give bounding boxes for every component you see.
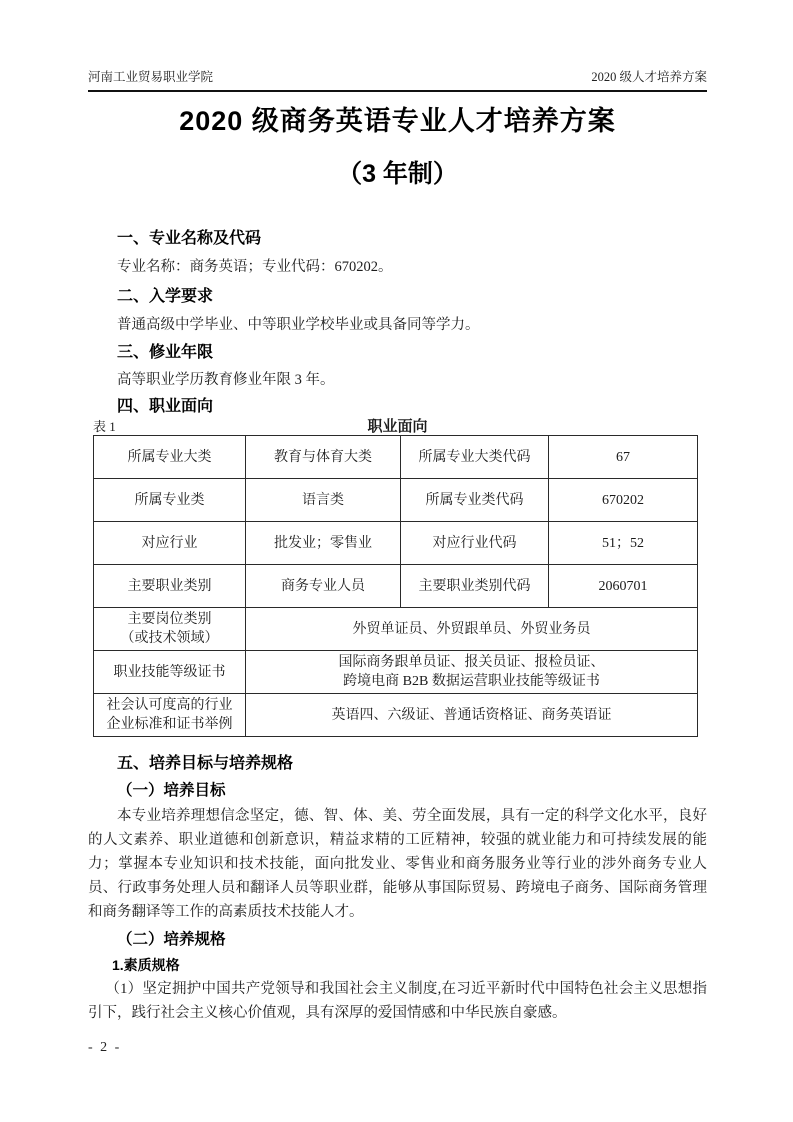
value-cell: 2060701 bbox=[549, 565, 698, 608]
doc-subtitle: （3 年制） bbox=[88, 158, 707, 190]
section-5-sub2-heading: （二）培养规格 bbox=[117, 929, 707, 951]
value-cell: 语言类 bbox=[246, 479, 401, 522]
label-cell: 所属专业类代码 bbox=[401, 479, 549, 522]
label-cell: 主要职业类别代码 bbox=[401, 565, 549, 608]
label-cell: 对应行业 bbox=[94, 522, 246, 565]
value-cell: 英语四、六级证、普通话资格证、商务英语证 bbox=[246, 694, 698, 737]
section-2-body: 普通高级中学毕业、中等职业学校毕业或具备同等学力。 bbox=[88, 314, 707, 336]
section-2-heading: 二、入学要求 bbox=[117, 286, 707, 308]
section-5-heading: 五、培养目标与培养规格 bbox=[117, 753, 707, 775]
section-1-body: 专业名称：商务英语；专业代码：670202。 bbox=[88, 256, 707, 278]
table-row: 所属专业大类 教育与体育大类 所属专业大类代码 67 bbox=[94, 436, 698, 479]
table-caption-title: 职业面向 bbox=[367, 418, 427, 435]
page-number: - 2 - bbox=[88, 1039, 707, 1057]
value-cell: 外贸单证员、外贸跟单员、外贸业务员 bbox=[246, 608, 698, 651]
label-cell: 社会认可度高的行业 企业标准和证书举例 bbox=[94, 694, 246, 737]
section-4-heading: 四、职业面向 bbox=[117, 396, 707, 418]
section-3-body: 高等职业学历教育修业年限 3 年。 bbox=[88, 369, 707, 391]
table-caption-label: 表 1 bbox=[93, 419, 116, 434]
training-objective-paragraph: 本专业培养理想信念坚定，德、智、体、美、劳全面发展，具有一定的科学文化水平，良好… bbox=[88, 804, 707, 924]
label-cell: 所属专业类 bbox=[94, 479, 246, 522]
table-row: 社会认可度高的行业 企业标准和证书举例 英语四、六级证、普通话资格证、商务英语证 bbox=[94, 694, 698, 737]
value-cell: 国际商务跟单员证、报关员证、报检员证、 跨境电商 B2B 数据运营职业技能等级证… bbox=[246, 651, 698, 694]
page-header: 河南工业贸易职业学院 2020 级人才培养方案 bbox=[88, 68, 707, 86]
label-cell: 主要岗位类别 （或技术领域） bbox=[94, 608, 246, 651]
header-doc-name: 2020 级人才培养方案 bbox=[591, 68, 707, 86]
value-cell: 批发业；零售业 bbox=[246, 522, 401, 565]
table-row: 主要职业类别 商务专业人员 主要职业类别代码 2060701 bbox=[94, 565, 698, 608]
value-cell: 教育与体育大类 bbox=[246, 436, 401, 479]
section-5-sub1-heading: （一）培养目标 bbox=[117, 780, 707, 802]
document-page: 河南工业贸易职业学院 2020 级人才培养方案 2020 级商务英语专业人才培养… bbox=[0, 0, 793, 1122]
label-cell: 所属专业大类代码 bbox=[401, 436, 549, 479]
value-cell: 67 bbox=[549, 436, 698, 479]
table-row: 对应行业 批发业；零售业 对应行业代码 51；52 bbox=[94, 522, 698, 565]
label-cell: 主要职业类别 bbox=[94, 565, 246, 608]
label-cell: 所属专业大类 bbox=[94, 436, 246, 479]
table-caption: 表 1 职业面向 bbox=[88, 418, 707, 435]
value-cell: 商务专业人员 bbox=[246, 565, 401, 608]
page-content: 河南工业贸易职业学院 2020 级人才培养方案 2020 级商务英语专业人才培养… bbox=[88, 0, 707, 1057]
value-cell: 670202 bbox=[549, 479, 698, 522]
doc-title: 2020 级商务英语专业人才培养方案 bbox=[88, 104, 707, 138]
value-cell: 51；52 bbox=[549, 522, 698, 565]
label-cell: 职业技能等级证书 bbox=[94, 651, 246, 694]
table-row: 职业技能等级证书 国际商务跟单员证、报关员证、报检员证、 跨境电商 B2B 数据… bbox=[94, 651, 698, 694]
quality-spec-heading: 1.素质规格 bbox=[112, 955, 707, 975]
section-1-heading: 一、专业名称及代码 bbox=[117, 228, 707, 250]
label-cell: 对应行业代码 bbox=[401, 522, 549, 565]
table-row: 所属专业类 语言类 所属专业类代码 670202 bbox=[94, 479, 698, 522]
section-3-heading: 三、修业年限 bbox=[117, 342, 707, 364]
job-orientation-table: 所属专业大类 教育与体育大类 所属专业大类代码 67 所属专业类 语言类 所属专… bbox=[93, 435, 698, 737]
table-row: 主要岗位类别 （或技术领域） 外贸单证员、外贸跟单员、外贸业务员 bbox=[94, 608, 698, 651]
header-school-name: 河南工业贸易职业学院 bbox=[88, 68, 213, 86]
header-rule bbox=[88, 90, 707, 92]
quality-spec-paragraph: （1）坚定拥护中国共产党领导和我国社会主义制度,在习近平新时代中国特色社会主义思… bbox=[88, 977, 707, 1025]
